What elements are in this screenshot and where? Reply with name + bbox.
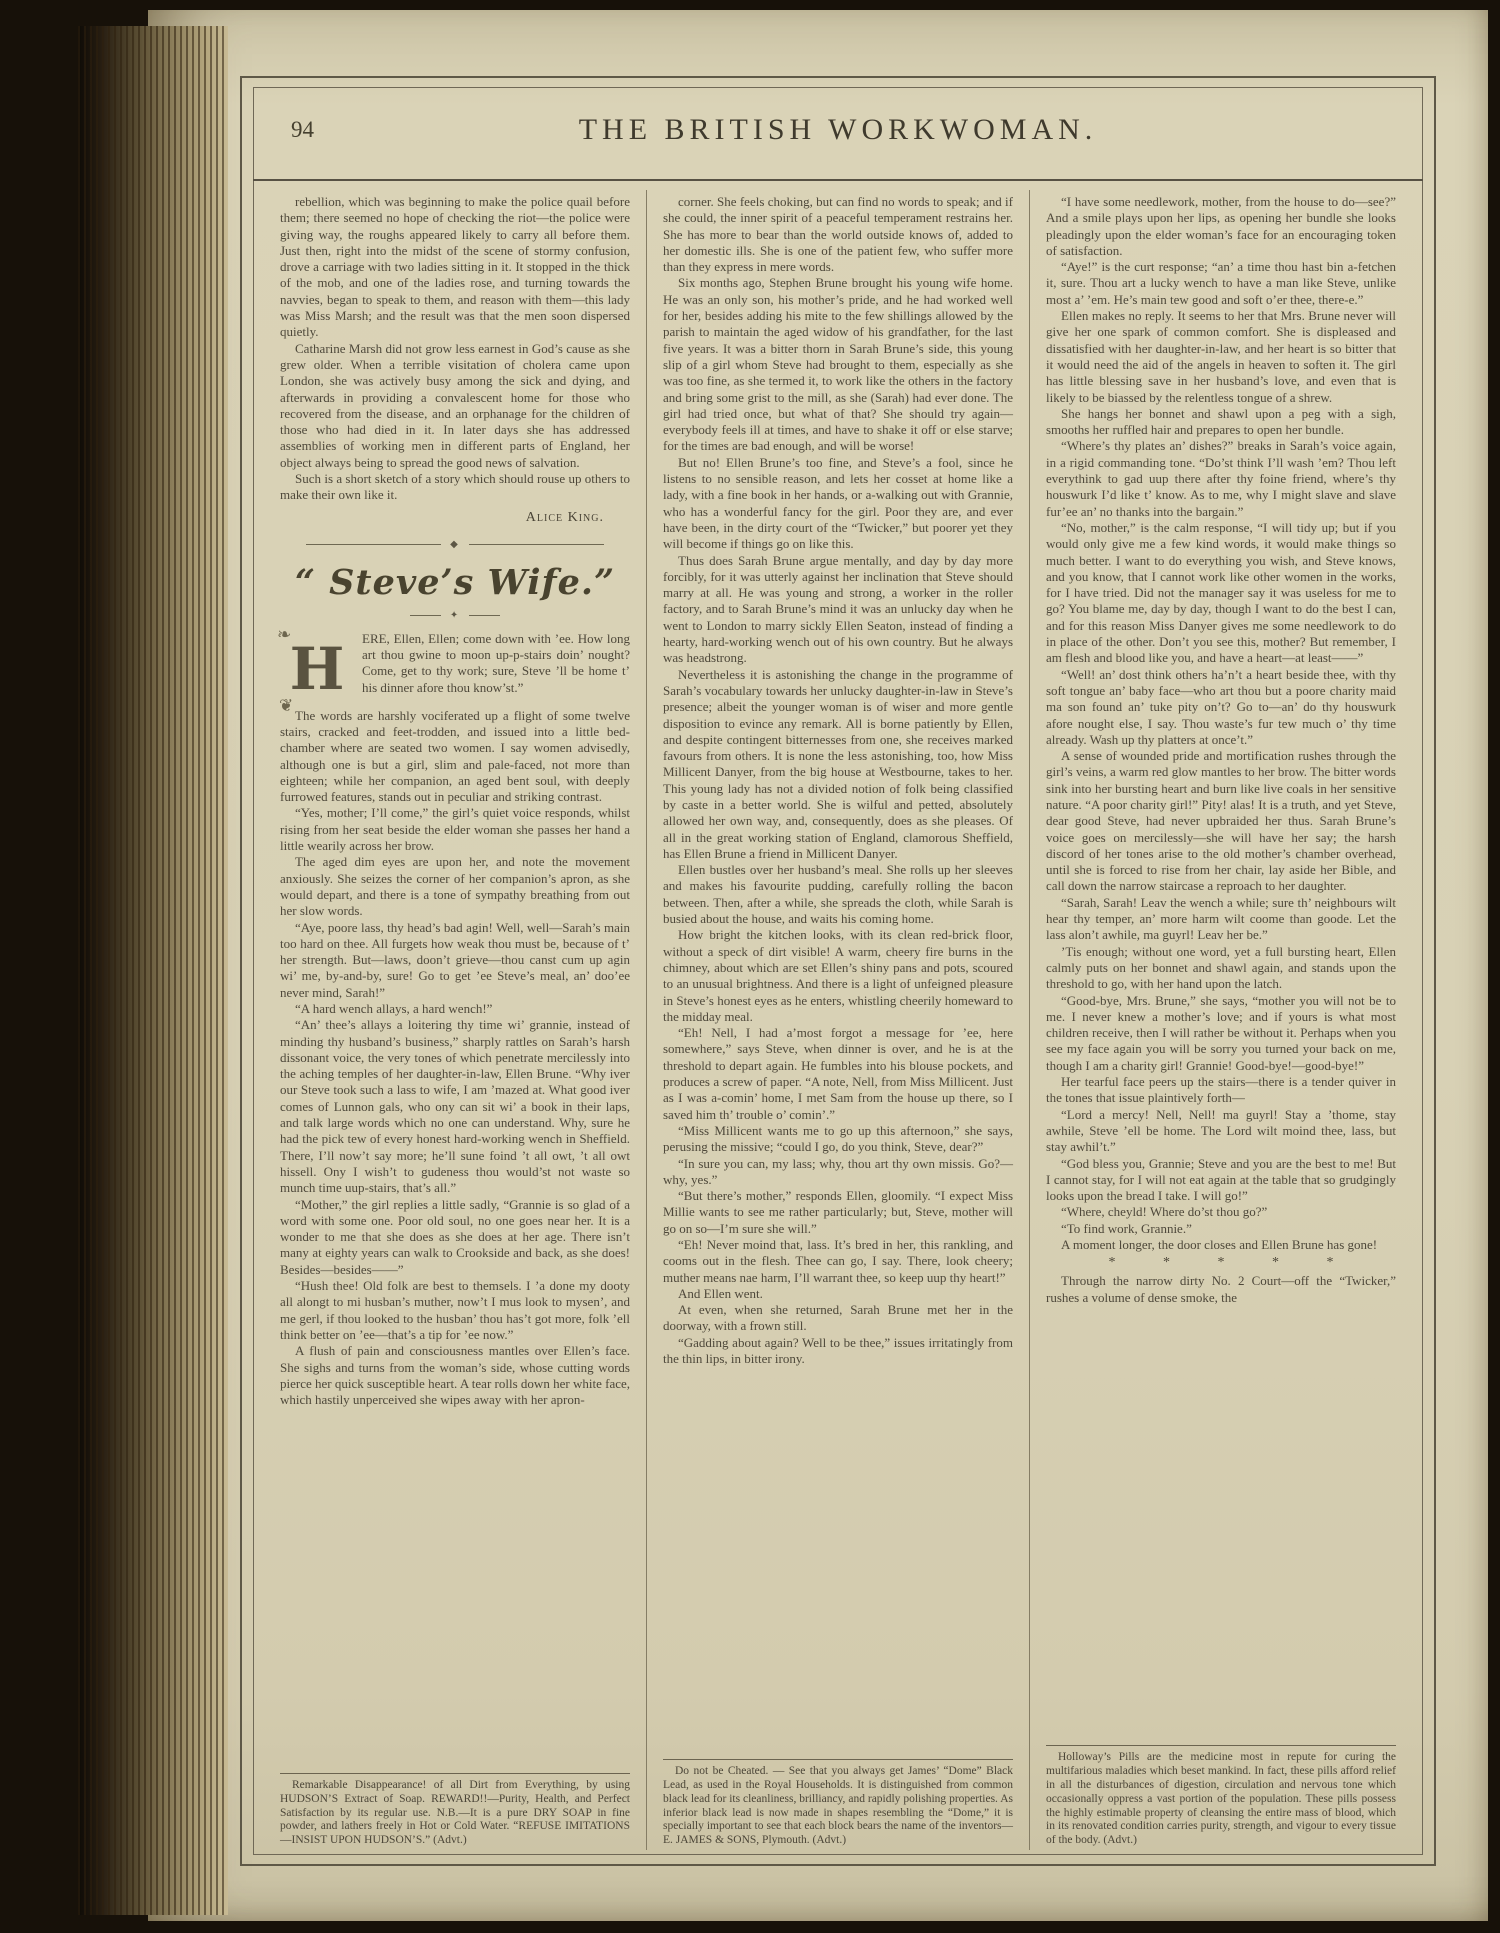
story-paragraphs-col3-after: Through the narrow dirty No. 2 Court—off… — [1046, 1273, 1396, 1306]
paragraph: Catharine Marsh did not grow less earnes… — [280, 341, 630, 471]
paragraph: “Good-bye, Mrs. Brune,” she says, “mothe… — [1046, 993, 1396, 1074]
paragraph: “Yes, mother; I’ll come,” the girl’s qui… — [280, 805, 630, 854]
advert-holloways-pills: Holloway’s Pills are the medicine most i… — [1046, 1745, 1396, 1848]
story-paragraphs-col2: corner. She feels choking, but can find … — [663, 194, 1013, 1367]
dropcap-letter: H — [280, 634, 354, 704]
paragraph: Her tearful face peers up the stairs—the… — [1046, 1074, 1396, 1107]
scanned-book-page: 94 THE BRITISH WORKWOMAN. rebellion, whi… — [0, 0, 1500, 1933]
paragraph: “God bless you, Grannie; Steve and you a… — [1046, 1156, 1396, 1205]
paragraph: A moment longer, the door closes and Ell… — [1046, 1237, 1396, 1253]
story-title: “ Steve’s Wife.” — [280, 562, 630, 603]
paragraph: rebellion, which was beginning to make t… — [280, 194, 630, 341]
paragraph: At even, when she returned, Sarah Brune … — [663, 1302, 1013, 1335]
column-2: corner. She feels choking, but can find … — [646, 190, 1029, 1850]
paragraph: “Aye!” is the curt response; “an’ a time… — [1046, 259, 1396, 308]
paragraph: But no! Ellen Brune’s too fine, and Stev… — [663, 455, 1013, 553]
page-header: 94 THE BRITISH WORKWOMAN. — [253, 87, 1423, 181]
printed-frame: 94 THE BRITISH WORKWOMAN. rebellion, whi… — [240, 76, 1436, 1866]
paragraph: “Where, cheyld! Where do’st thou go?” — [1046, 1204, 1396, 1220]
story-paragraphs-col1: The words are harshly vociferated up a f… — [280, 708, 630, 1409]
paragraph: “Eh! Never moind that, lass. It’s bred i… — [663, 1237, 1013, 1286]
paragraph: Through the narrow dirty No. 2 Court—off… — [1046, 1273, 1396, 1306]
paragraph: A sense of wounded pride and mortificati… — [1046, 748, 1396, 895]
paragraph: “Mother,” the girl replies a little sadl… — [280, 1197, 630, 1278]
paragraph: Thus does Sarah Brune argue mentally, an… — [663, 553, 1013, 667]
paragraph: “In sure you can, my lass; why, thou art… — [663, 1156, 1013, 1189]
paragraph: Ellen makes no reply. It seems to her th… — [1046, 308, 1396, 406]
column-3: “I have some needlework, mother, from th… — [1029, 190, 1412, 1850]
story-paragraphs-col3: “I have some needlework, mother, from th… — [1046, 194, 1396, 1253]
byline: Alice King. — [280, 510, 604, 526]
paragraph: She hangs her bonnet and shawl upon a pe… — [1046, 406, 1396, 439]
paragraph: Such is a short sketch of a story which … — [280, 471, 630, 504]
masthead-title: THE BRITISH WORKWOMAN. — [253, 113, 1423, 147]
paragraph: The aged dim eyes are upon her, and note… — [280, 854, 630, 919]
paragraph: “A hard wench allays, a hard wench!” — [280, 1001, 630, 1017]
floral-flourish-icon: ❦ — [279, 698, 293, 714]
paragraph: corner. She feels choking, but can find … — [663, 194, 1013, 275]
advert-hudsons-soap: Remarkable Disappearance! of all Dirt fr… — [280, 1773, 630, 1848]
paragraph: And Ellen went. — [663, 1286, 1013, 1302]
paragraph: The words are harshly vociferated up a f… — [280, 708, 630, 806]
paragraph: “Aye, poore lass, thy head’s bad agin! W… — [280, 920, 630, 1001]
paragraph: Ellen bustles over her husband’s meal. S… — [663, 862, 1013, 927]
opening-paragraph: ❧ H ❦ ERE, Ellen, Ellen; come down with … — [280, 631, 630, 708]
paragraph: “Sarah, Sarah! Leav the wench a while; s… — [1046, 895, 1396, 944]
paragraph: How bright the kitchen looks, with its c… — [663, 927, 1013, 1025]
floral-flourish-icon: ❧ — [277, 627, 291, 643]
section-break-asterisks: * * * * * — [1046, 1255, 1396, 1271]
paragraph: “Well! an’ dost think others ha’n’t a he… — [1046, 667, 1396, 748]
small-divider-ornament: ✦ — [410, 611, 500, 621]
diamond-ornament-icon: ◆ — [450, 540, 460, 550]
paragraph: “But there’s mother,” responds Ellen, gl… — [663, 1188, 1013, 1237]
opening-text: ERE, Ellen, Ellen; come down with ’ee. H… — [362, 631, 630, 695]
paragraph: “To find work, Grannie.” — [1046, 1221, 1396, 1237]
ornate-dropcap: ❧ H ❦ — [280, 634, 354, 708]
columns: rebellion, which was beginning to make t… — [264, 190, 1412, 1850]
paragraph: “I have some needlework, mother, from th… — [1046, 194, 1396, 259]
paragraph: Nevertheless it is astonishing the chang… — [663, 667, 1013, 863]
paragraph: Six months ago, Stephen Brune brought hi… — [663, 275, 1013, 454]
paragraph: A flush of pain and consciousness mantle… — [280, 1343, 630, 1408]
paragraph: “Eh! Nell, I had a’most forgot a message… — [663, 1025, 1013, 1123]
advert-james-dome-black-lead: Do not be Cheated. — See that you always… — [663, 1759, 1013, 1848]
paragraph: “Lord a mercy! Nell, Nell! ma guyrl! Sta… — [1046, 1107, 1396, 1156]
star-ornament-icon: ✦ — [450, 611, 460, 621]
paragraph: “Miss Millicent wants me to go up this a… — [663, 1123, 1013, 1156]
paragraph: “Where’s thy plates an’ dishes?” breaks … — [1046, 438, 1396, 519]
article-end-paragraphs: rebellion, which was beginning to make t… — [280, 194, 630, 504]
paragraph: “Hush thee! Old folk are best to themsel… — [280, 1278, 630, 1343]
paragraph: ’Tis enough; without one word, yet a ful… — [1046, 944, 1396, 993]
paragraph: “An’ thee’s allays a loitering thy time … — [280, 1017, 630, 1196]
paragraph: “No, mother,” is the calm response, “I w… — [1046, 520, 1396, 667]
paragraph: “Gadding about again? Well to be thee,” … — [663, 1335, 1013, 1368]
column-1: rebellion, which was beginning to make t… — [264, 190, 646, 1850]
book-page-edges — [78, 26, 228, 1915]
divider-ornament: ◆ — [306, 540, 604, 550]
